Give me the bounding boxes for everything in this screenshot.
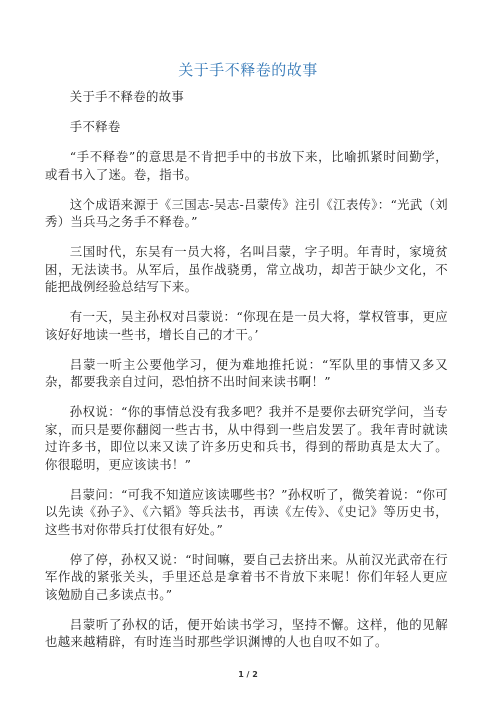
paragraph: 孙权说：“你的事情总没有我多吧？我并不是要你去研究学问，当专家，而只是要你翻阅一… [45,403,448,473]
paragraph: 吕蒙问：“可我不知道应该读哪些书？”孙权听了，微笑着说：“你可以先读《孙子》、《… [45,486,448,539]
paragraph: 吕蒙听了孙权的话，便开始读书学习，坚持不懈。这样，他的见解也越来越精辟，有时连当… [45,616,448,651]
document-page: 关于手不释卷的故事 关于手不释卷的故事 手不释卷 “手不释卷”的意思是不肯把手中… [0,0,496,702]
paragraph: 吕蒙一听主公要他学习，便为难地推托说：“军队里的事情又多又杂，都要我亲自过问，恐… [45,356,448,391]
paragraph: 三国时代，东吴有一员大将，名叫吕蒙，字子明。年青时，家境贫困，无法读书。从军后，… [45,243,448,296]
paragraph: 停了停，孙权又说：“时间嘛，要自己去挤出来。从前汉光武帝在行军作战的紧张关头，手… [45,551,448,604]
paragraph: 关于手不释卷的故事 [45,88,448,106]
page-indicator: 1 / 2 [0,670,496,679]
paragraph: “手不释卷”的意思是不肯把手中的书放下来，比喻抓紧时间勤学，或看书入了迷。卷，指… [45,148,448,183]
document-body: 关于手不释卷的故事 手不释卷 “手不释卷”的意思是不肯把手中的书放下来，比喻抓紧… [45,88,448,663]
paragraph: 有一天，吴主孙权对吕蒙说：“你现在是一员大将，掌权管事，更应该好好地读一些书，增… [45,308,448,343]
paragraph: 这个成语来源于《三国志-吴志-吕蒙传》注引《江表传》：“光武（刘秀）当兵马之务手… [45,196,448,231]
document-title: 关于手不释卷的故事 [0,59,496,80]
paragraph: 手不释卷 [45,118,448,136]
